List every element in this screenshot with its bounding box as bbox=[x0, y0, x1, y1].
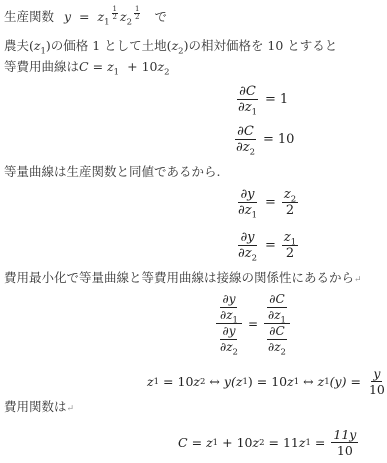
tangency-line: 費用最小化で等量曲線と等費用曲線は接線の関係性にあるから↵ bbox=[4, 270, 362, 288]
production-function-line: 生産関数 y = z112z212 で bbox=[4, 6, 167, 25]
equation-dC-dz1: ∂C∂z1 =1 bbox=[234, 84, 288, 115]
equation-dC-dz2: ∂C∂z2 =10 bbox=[232, 124, 294, 155]
isocost-line: 等費用曲線はC=z1+10z2 bbox=[4, 59, 170, 75]
equation-relation-chain: z1 = 10z2 ↔ y(z1) = 10z1 ↔ z1(y) = y10 bbox=[147, 366, 387, 397]
exponent-half: 12 bbox=[134, 6, 140, 21]
cost-function-line: 費用関数は↵ bbox=[4, 399, 74, 417]
equation-cost-function: C = z1 + 10z2 = 11z1 = 11y10 bbox=[178, 427, 360, 458]
exponent-half: 12 bbox=[112, 6, 118, 21]
equation-tangency-condition: ∂y∂z1 ∂y∂z2 = ∂C∂z1 ∂C∂z2 bbox=[214, 292, 292, 355]
price-setup-line: 農夫(z1)の価格 1 として土地(z2)の相対価格を 10 とすると bbox=[4, 38, 337, 54]
equation-dy-dz2: ∂y∂z2 = z12 bbox=[234, 230, 300, 261]
production-function-suffix: で bbox=[154, 9, 167, 24]
isoquant-line: 等量曲線は生産関数と同値であるから. bbox=[4, 164, 220, 180]
production-function-label: 生産関数 bbox=[4, 9, 54, 24]
production-function-formula: y = z112z212 bbox=[64, 9, 146, 24]
equation-dy-dz1: ∂y∂z1 = z22 bbox=[234, 187, 300, 218]
